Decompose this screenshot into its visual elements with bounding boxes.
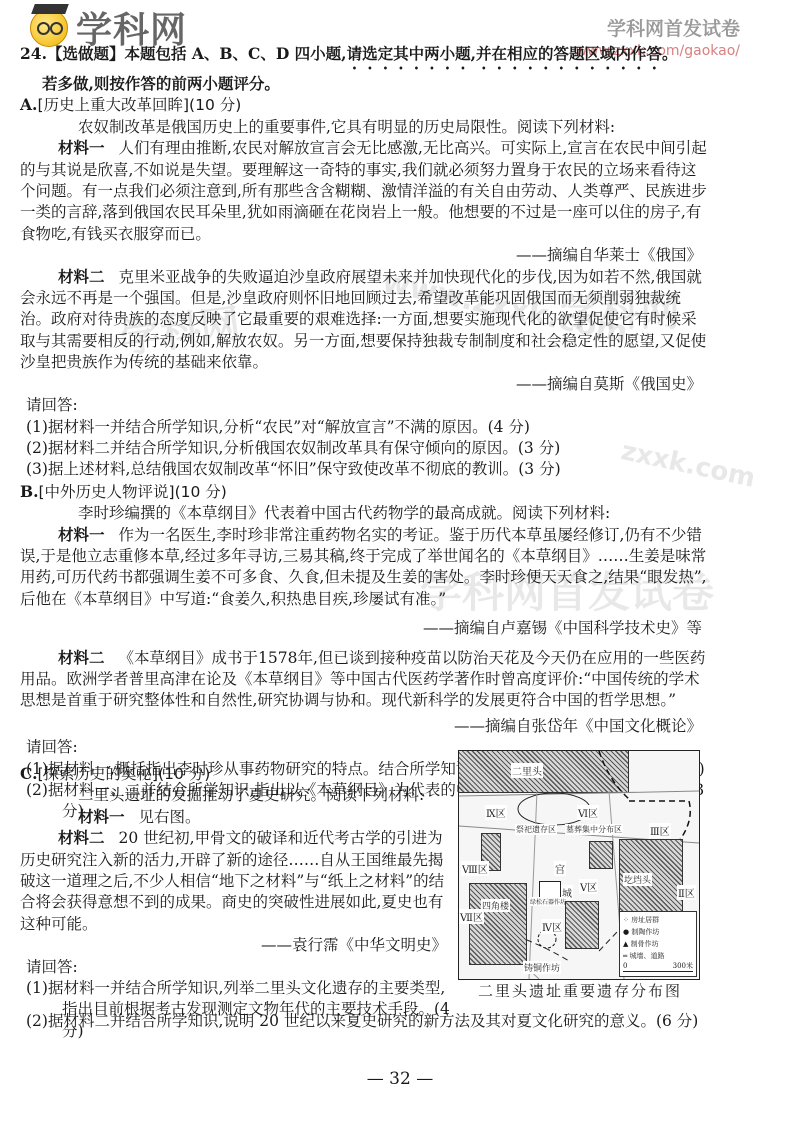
map-label-zone-iv: Ⅳ区 [541,919,563,934]
map-label-turquoise: 绿松石器作坊 [529,897,567,906]
section-c: C.[探索历史的奥秘](10 分) 二里头遗址的发掘推动了夏史研究。阅读下列材料… [20,763,455,1042]
page-number: — 32 — [0,1069,800,1089]
map-label-palace: 宫 [554,861,566,876]
section-b-title: [中外历史人物评说] [39,483,175,501]
section-a-material1: 材料一人们有理由推断,农民对解放宣言会无比感激,无比高兴。可实际上,宣言在农民中… [20,138,710,245]
section-a-question-2: (2)据材料二并结合所学知识,分析俄国农奴制改革具有保守倾向的原因。(3 分) [20,438,710,459]
emphasis-instruction: 请选定其中两小题,并在相应的答题区域内作答 [347,44,662,63]
section-a-heading: A.[历史上重大改革回眸](10 分) [20,94,710,116]
mascot-icon [30,9,68,47]
section-b-heading: B.[中外历史人物评说](10 分) [20,481,710,503]
map-label-zone-ii: Ⅱ区 [677,885,696,900]
section-b-material1: 材料一作为一名医生,李时珍非常注重药物名实的考证。鉴于历代本草虽屡经修订,仍有不… [20,525,710,611]
map-caption: 二里头遗址重要遗存分布图 [460,980,700,1001]
section-a-ask: 请回答: [20,395,710,416]
legend-item: ⁘ 房址居群 [623,914,693,926]
legend-item: ═ 城墙、道路 [623,950,693,962]
map-legend: ⁘ 房址居群 ● 制陶作坊 ▲ 制骨作坊 ═ 城墙、道路 0300米 [619,911,697,977]
question-number: 24. [20,44,47,63]
map-label-gedangtou: 圪垱头 [623,873,652,886]
map-label-zone-v: Ⅴ区 [579,879,598,894]
section-a-title: [历史上重大改革回眸] [37,96,189,114]
section-a-question-3: (3)据上述材料,总结俄国农奴制改革“怀旧”保守致使改革不彻底的教训。(3 分) [20,459,710,480]
map-label-zone-iii: Ⅲ区 [649,823,671,838]
section-b-intro: 李时珍编撰的《本草纲目》代表着中国古代药物学的最高成就。阅读下列材料: [20,503,710,524]
section-b-material2-source: ——摘编自张岱年《中国文化概论》 [20,716,710,737]
exam-page: 学科网 www.zxxk.com 学科网 学科网首发试卷 zxxk.com 学科… [0,0,800,1131]
section-c-material1: 材料一见右图。 [20,807,455,828]
map-label-tombs: 墓葬集中分布区 [565,824,623,835]
legend-item: ▲ 制骨作坊 [623,938,693,950]
section-a-material2-source: ——摘编自莫斯《俄国史》 [20,374,710,395]
section-c-material2-source: ——袁行霈《中华文明史》 [20,935,455,956]
section-c-ask: 请回答: [20,957,455,978]
map-label-zone-vii: Ⅶ区 [459,909,484,924]
section-c-heading: C.[探索历史的奥秘](10 分) [20,763,455,785]
section-c-intro: 二里头遗址的发掘推动了夏史研究。阅读下列材料: [20,785,455,806]
section-a-question-1: (1)据材料一并结合所学知识,分析“农民”对“解放宣言”不满的原因。(4 分) [20,417,710,438]
map-label-sacrifice: 祭祀遗存区 [515,824,557,835]
section-a-material2: 材料二克里米亚战争的失败逼迫沙皇政府展望未来并加快现代化的步伐,因为如若不然,俄… [20,267,710,374]
question-intro: 24.【选做题】本题包括 A、B、C、D 四小题,请选定其中两小题,并在相应的答… [20,43,710,73]
section-c-q2-wrap: (2)据材料二并结合所学知识,说明 20 世纪以来夏史研究的新方法及其对夏文化研… [20,1011,710,1032]
map-label-zone-viii: Ⅷ区 [461,861,489,876]
legend-item: ● 制陶作坊 [623,926,693,938]
section-a-intro: 农奴制改革是俄国历史上的重要事件,它具有明显的历史局限性。阅读下列材料: [20,117,710,138]
question-24: 24.【选做题】本题包括 A、B、C、D 四小题,请选定其中两小题,并在相应的答… [20,43,710,823]
map-label-bronze: 铸铜作坊 [523,961,561,974]
section-b-material2: 材料二《本草纲目》成书于1578年,但已谈到接种疫苗以防治天花及今天仍在应用的一… [20,648,710,712]
question-intro-line2: 若多做,则按作答的前两小题评分。 [20,73,710,94]
section-a-material1-source: ——摘编自华莱士《俄国》 [20,245,710,266]
erlitou-site-map: 二里头 Ⅸ区 Ⅵ区 祭祀遗存区 墓葬集中分布区 Ⅲ区 Ⅷ区 圪垱头 Ⅱ区 宫 Ⅴ… [458,750,700,980]
watermark-title: 学科网首发试卷 [576,14,740,41]
section-b-material1-source: ——摘编自卢嘉锡《中国科学技术史》等 [20,618,710,639]
section-c-title: [探索历史的奥秘] [37,765,158,783]
map-scale-bar: 0300米 [623,962,693,972]
map-label-zone-ix: Ⅸ区 [485,805,507,820]
map-label-sijiaolou: 四角楼 [481,899,510,912]
map-label-zone-vi: Ⅵ区 [577,805,599,820]
section-c-question-2: (2)据材料二并结合所学知识,说明 20 世纪以来夏史研究的新方法及其对夏文化研… [20,1011,710,1032]
section-c-material2: 材料二20 世纪初,甲骨文的破译和近代考古学的引进为历史研究注入新的活力,开辟了… [20,828,455,935]
